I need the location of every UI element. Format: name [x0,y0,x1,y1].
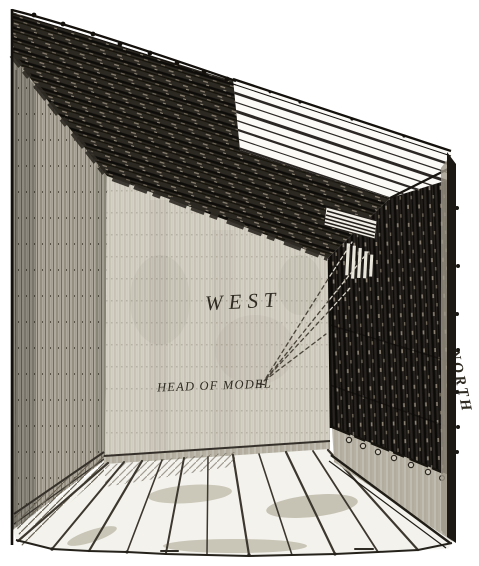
engraving-page: WEST HEAD OF MODEL + NORTH [0,0,479,566]
label-west: WEST [204,287,282,315]
studio-engraving: WEST HEAD OF MODEL + NORTH [0,0,479,566]
